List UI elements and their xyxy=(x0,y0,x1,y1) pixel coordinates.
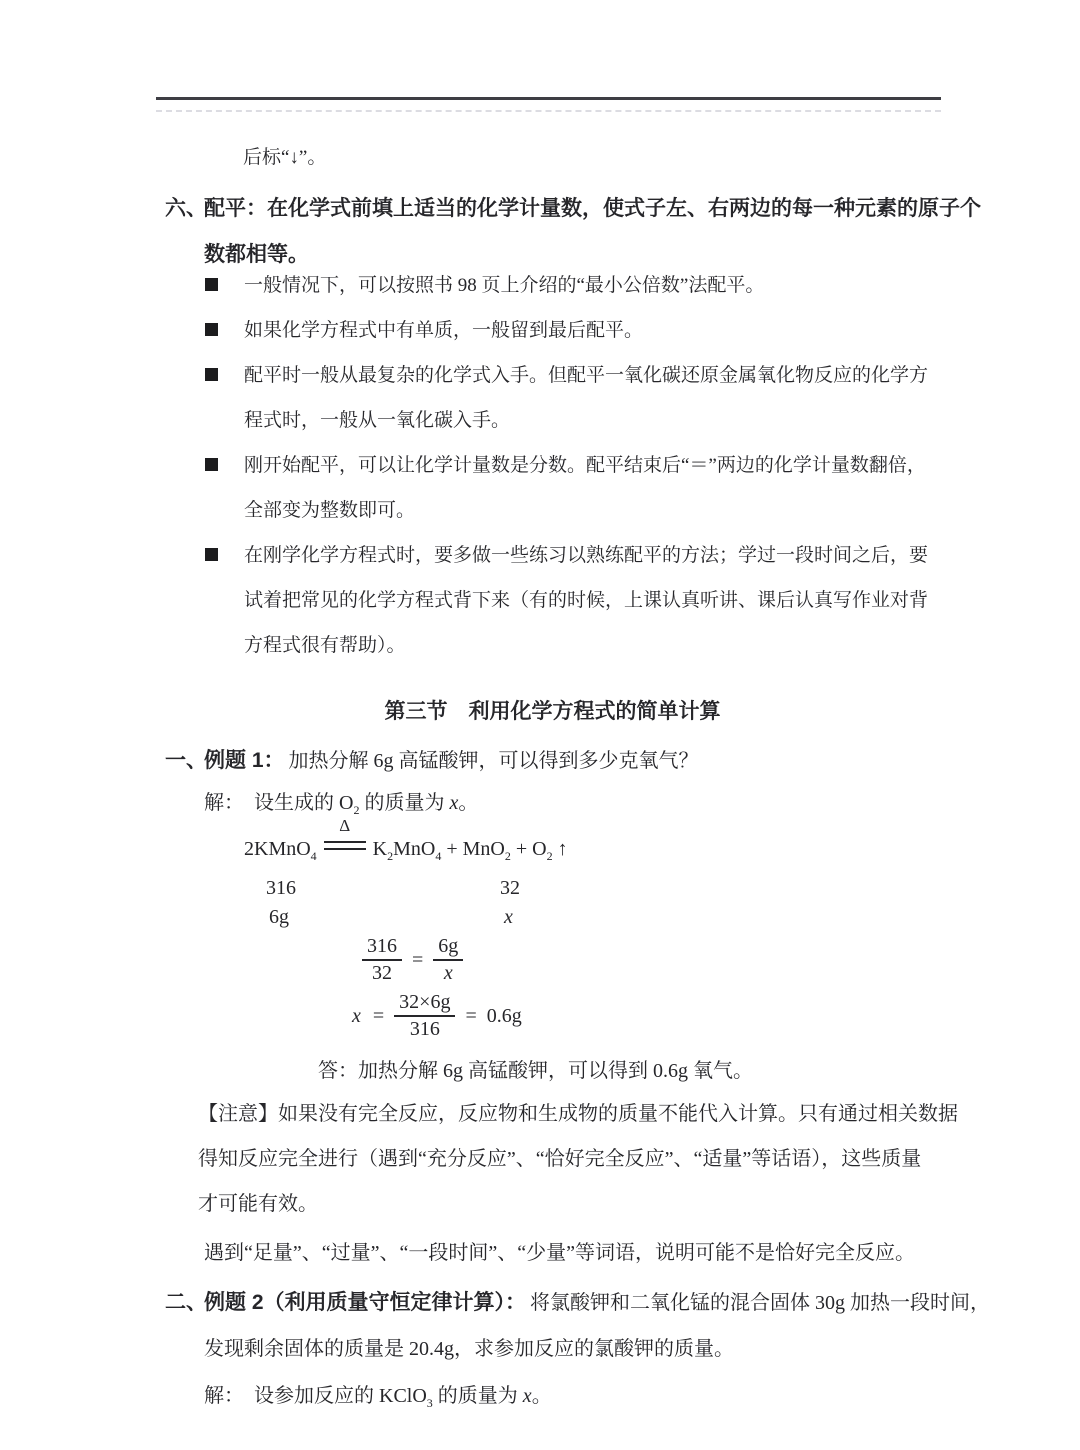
unknown-variable: x xyxy=(449,792,458,814)
bullet-text: 全部变为整数即可。 xyxy=(244,488,926,533)
product-formula: O2 xyxy=(532,838,552,860)
product-formula: K2MnO4 xyxy=(373,838,442,860)
header-rule-shadow xyxy=(156,110,941,112)
plus-sign: + xyxy=(446,838,457,860)
fraction: 32×6g 316 xyxy=(394,990,455,1042)
bullet-text: 如果化学方程式中有单质，一般留到最后配平。 xyxy=(244,308,643,353)
example2-header: 二、 例题 2（利用质量守恒定律计算）： 将氯酸钾和二氧化锰的混合固体 30g … xyxy=(165,1286,990,1316)
example2-question-line2: 发现剩余固体的质量是 20.4g，求参加反应的氯酸钾的质量。 xyxy=(204,1336,734,1362)
example1-label: 例题 1： xyxy=(204,744,285,774)
reactant-formula: 2KMnO4 xyxy=(244,838,317,860)
chemical-equation: 2KMnO4ΔK2MnO4 + MnO2 + O2↑ xyxy=(244,838,568,861)
fraction-numerator: 32×6g xyxy=(394,990,455,1017)
note-line: 【注意】如果没有完全反应，反应物和生成物的质量不能代入计算。只有通过相关数据 xyxy=(198,1092,958,1137)
answer-line: 答：加热分解 6g 高锰酸钾，可以得到 0.6g 氧气。 xyxy=(318,1058,753,1084)
formula-subscript: 2 xyxy=(547,849,553,863)
equals-sign: = xyxy=(465,1005,476,1028)
fraction: 6g x xyxy=(433,934,463,986)
delta-heat-icon: Δ xyxy=(339,816,350,836)
bullet-text: 程式时，一般从一氧化碳入手。 xyxy=(244,398,928,443)
given-mass: 6g xyxy=(269,906,289,929)
molar-mass-product: 32 xyxy=(500,877,520,900)
formula-subscript: 4 xyxy=(435,849,441,863)
solution-equation: x = 32×6g 316 = 0.6g xyxy=(352,990,522,1042)
list-marker-six: 六、 xyxy=(165,186,204,278)
list-item: 如果化学方程式中有单质，一般留到最后配平。 xyxy=(205,308,928,353)
note-line: 得知反应完全进行（遇到“充分反应”、“恰好完全反应”、“适量”等话语），这些质量 xyxy=(198,1137,958,1182)
bullet-square-icon xyxy=(205,323,218,336)
paragraph-tail: 后标“↓”。 xyxy=(243,142,326,169)
section-title: 第三节 利用化学方程式的简单计算 xyxy=(165,695,940,725)
heading-line: 配平：在化学式前填上适当的化学计量数，使式子左、右两边的每一种元素的原子个 xyxy=(204,186,981,232)
note-secondary: 遇到“足量”、“过量”、“一段时间”、“少量”等词语，说明可能不是恰好完全反应。 xyxy=(204,1240,915,1266)
example1-header: 一、 例题 1： 加热分解 6g 高锰酸钾，可以得到多少克氧气？ xyxy=(165,744,699,774)
unknown-variable: x xyxy=(523,1385,532,1407)
unknown-variable: x xyxy=(504,906,513,929)
bullet-text: 在刚学化学方程式时，要多做一些练习以熟练配平的方法；学过一段时间之后，要 xyxy=(244,533,928,578)
bullet-text: 方程式很有帮助）。 xyxy=(244,623,928,668)
bullet-text: 一般情况下，可以按照书 98 页上介绍的“最小公倍数”法配平。 xyxy=(244,263,764,308)
formula-subscript: 2 xyxy=(505,849,511,863)
solve-text: 。 xyxy=(532,1385,552,1407)
bullet-text: 配平时一般从最复杂的化学式入手。但配平一氧化碳还原金属氧化物反应的化学方 xyxy=(244,353,928,398)
list-item: 在刚学化学方程式时，要多做一些练习以熟练配平的方法；学过一段时间之后，要 试着把… xyxy=(205,533,928,668)
fraction-numerator: 316 xyxy=(362,934,402,961)
bullet-text: 试着把常见的化学方程式背下来（有的时候，上课认真听讲、课后认真写作业对背 xyxy=(244,578,928,623)
bullet-text: 刚开始配平，可以让化学计量数是分数。配平结束后“＝”两边的化学计量数翻倍， xyxy=(244,443,926,488)
solve-text: 的质量为 xyxy=(433,1385,523,1407)
list-marker-one: 一、 xyxy=(165,744,204,774)
bullet-list: 一般情况下，可以按照书 98 页上介绍的“最小公倍数”法配平。 如果化学方程式中… xyxy=(205,263,928,668)
solve-label: 解： xyxy=(204,792,244,814)
bullet-square-icon xyxy=(205,278,218,291)
product-formula: MnO2 xyxy=(463,838,511,860)
note-block: 【注意】如果没有完全反应，反应物和生成物的质量不能代入计算。只有通过相关数据 得… xyxy=(198,1092,958,1227)
bullet-square-icon xyxy=(205,368,218,381)
list-item: 一般情况下，可以按照书 98 页上介绍的“最小公倍数”法配平。 xyxy=(205,263,928,308)
bullet-square-icon xyxy=(205,548,218,561)
example1-question: 加热分解 6g 高锰酸钾，可以得到多少克氧气？ xyxy=(289,744,699,773)
molar-mass-reactant: 316 xyxy=(266,877,296,900)
example2-label: 例题 2（利用质量守恒定律计算）： xyxy=(204,1286,526,1316)
unknown-variable: x xyxy=(352,1005,361,1028)
list-marker-two: 二、 xyxy=(165,1286,204,1316)
note-line: 才可能有效。 xyxy=(198,1182,958,1227)
document-page: { "colors": {"text": "#26262a", "header_… xyxy=(0,0,1080,1450)
example2-solve-line: 解：设参加反应的 KClO3 的质量为 x。 xyxy=(204,1383,552,1409)
fraction-denominator: x xyxy=(433,961,463,986)
list-item: 刚开始配平，可以让化学计量数是分数。配平结束后“＝”两边的化学计量数翻倍， 全部… xyxy=(205,443,928,533)
heated-equals-icon: Δ xyxy=(324,841,366,850)
proportion-equation: 316 32 = 6g x xyxy=(362,934,463,986)
fraction: 316 32 xyxy=(362,934,402,986)
solve-text: 。 xyxy=(458,792,478,814)
equals-sign: = xyxy=(373,1005,384,1028)
formula-subscript: 4 xyxy=(311,849,317,863)
plus-sign: + xyxy=(516,838,527,860)
header-rule xyxy=(156,97,941,100)
result-value: 0.6g xyxy=(487,1005,522,1028)
list-item: 配平时一般从最复杂的化学式入手。但配平一氧化碳还原金属氧化物反应的化学方 程式时… xyxy=(205,353,928,443)
fraction-denominator: 32 xyxy=(362,961,402,986)
solve-label: 解： xyxy=(204,1385,244,1407)
gas-up-arrow-icon: ↑ xyxy=(558,838,568,860)
solve-text: 的质量为 xyxy=(359,792,449,814)
equals-sign: = xyxy=(412,949,423,972)
solve-text: 设生成的 O xyxy=(254,792,353,814)
example2-question: 将氯酸钾和二氧化锰的混合固体 30g 加热一段时间， xyxy=(530,1286,990,1315)
example1-solve-line: 解：设生成的 O2 的质量为 x。 xyxy=(204,790,478,816)
bullet-square-icon xyxy=(205,458,218,471)
fraction-denominator: 316 xyxy=(394,1017,455,1042)
fraction-numerator: 6g xyxy=(433,934,463,961)
solve-text: 设参加反应的 KClO xyxy=(254,1385,427,1407)
